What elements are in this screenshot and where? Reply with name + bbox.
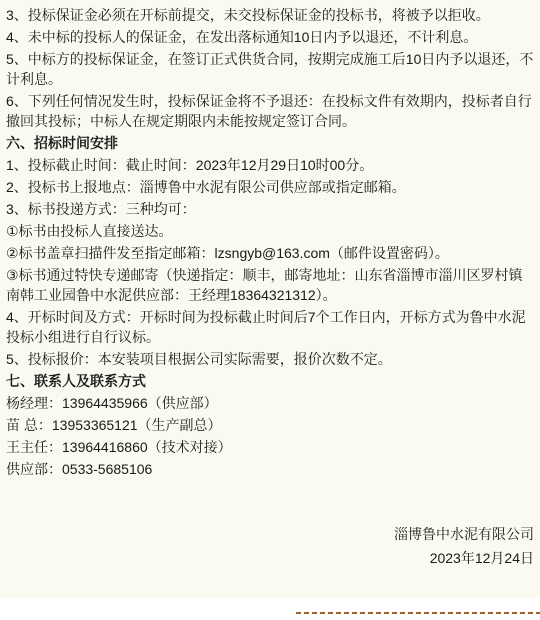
signature-company-name: 淄博鲁中水泥有限公司 [6,524,534,544]
clause-bid-pricing: 5、投标报价：本安装项目根据公司实际需要，报价次数不定。 [6,349,534,369]
bottom-strip [0,598,540,620]
clause-delivery-methods-intro: 3、标书投递方式：三种均可： [6,199,534,219]
signature-date: 2023年12月24日 [6,548,534,568]
contact-manager-yang: 杨经理：13964435966（供应部） [6,393,534,413]
tender-notice-document: 3、投标保证金必须在开标前提交，未交投标保证金的投标书，将被予以拒收。 4、未中… [0,0,540,598]
delivery-method-1-direct: ①标书由投标人直接送达。 [6,221,534,241]
delivery-method-3-express: ③标书通过特快专递邮寄（快递指定：顺丰，邮寄地址：山东省淄博市淄川区罗村镇南韩工… [6,265,534,305]
clause-bond-refund-winner: 5、中标方的投标保证金，在签订正式供货合同，按期完成施工后10日内予以退还，不计… [6,49,534,89]
clause-bid-submission-place: 2、投标书上报地点：淄博鲁中水泥有限公司供应部或指定邮箱。 [6,177,534,197]
clause-opening-time-method: 4、开标时间及方式：开标时间为投标截止时间后7个工作日内，开标方式为鲁中水泥投标… [6,307,534,347]
section-heading-schedule: 六、招标时间安排 [6,133,534,153]
clause-bond-forfeit-conditions: 6、下列任何情况发生时，投标保证金将不予退还：在投标文件有效期内，投标者自行撤回… [6,91,534,131]
contact-director-wang: 王主任：13964416860（技术对接） [6,437,534,457]
clause-bond-submit-before-opening: 3、投标保证金必须在开标前提交，未交投标保证金的投标书，将被予以拒收。 [6,5,534,25]
contact-president-miao: 苗 总：13953365121（生产副总） [6,415,534,435]
clause-bond-refund-unsuccessful: 4、未中标的投标人的保证金，在发出落标通知10日内予以退还，不计利息。 [6,27,534,47]
delivery-method-2-email: ②标书盖章扫描件发至指定邮箱：lzsngyb@163.com（邮件设置密码）。 [6,243,534,263]
dashed-divider [296,612,540,614]
clause-bid-deadline: 1、投标截止时间：截止时间：2023年12月29日10时00分。 [6,155,534,175]
signature-block: 淄博鲁中水泥有限公司 2023年12月24日 [6,524,534,568]
section-heading-contacts: 七、联系人及联系方式 [6,371,534,391]
contact-supply-department: 供应部：0533-5685106 [6,459,534,479]
